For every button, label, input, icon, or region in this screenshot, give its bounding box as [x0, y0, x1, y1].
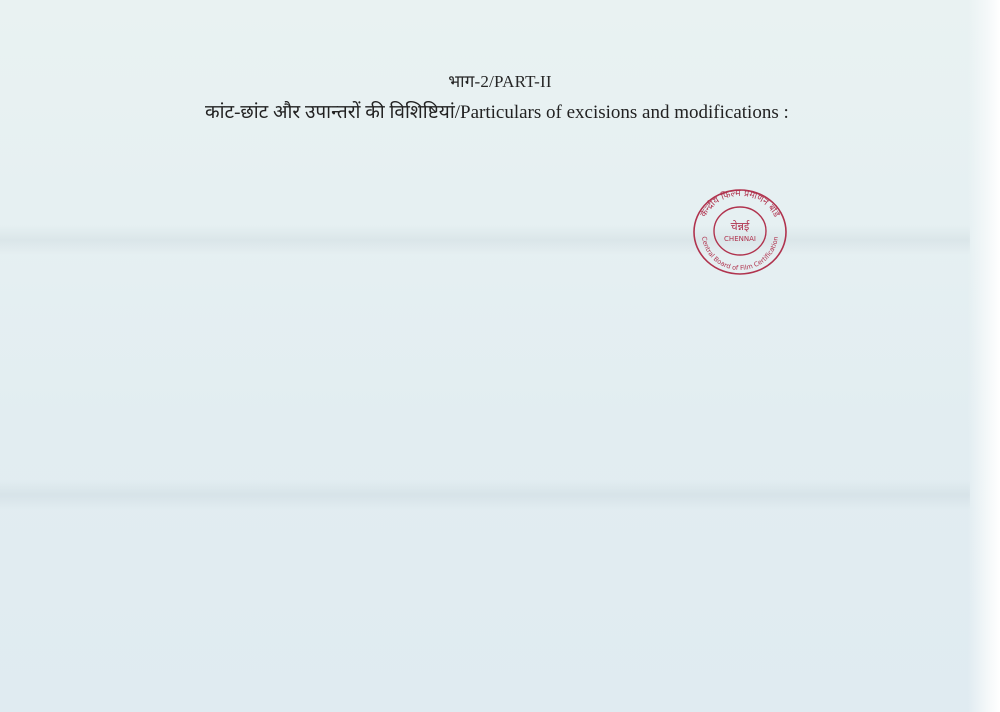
cbfc-stamp: केन्द्रीय फिल्म प्रमाणन बोर्ड Central Bo… [688, 184, 792, 278]
stamp-outer-hindi: केन्द्रीय फिल्म प्रमाणन बोर्ड [697, 188, 783, 220]
document-page: भाग-2/PART-II कांट-छांट और उपान्तरों की … [0, 0, 1000, 712]
part-title: भाग-2/PART-II [0, 69, 1000, 92]
section-heading: कांट-छांट और उपान्तरों की विशिष्टियां/Pa… [205, 98, 789, 124]
stamp-center-english: CHENNAI [724, 235, 756, 243]
stamp-center-hindi: चेन्नई [731, 220, 751, 233]
svg-text:केन्द्रीय फिल्म प्रमाणन बोर्ड: केन्द्रीय फिल्म प्रमाणन बोर्ड [697, 188, 783, 220]
paper-edge [968, 0, 1000, 712]
paper-fold [0, 225, 970, 255]
paper-fold [0, 480, 970, 510]
